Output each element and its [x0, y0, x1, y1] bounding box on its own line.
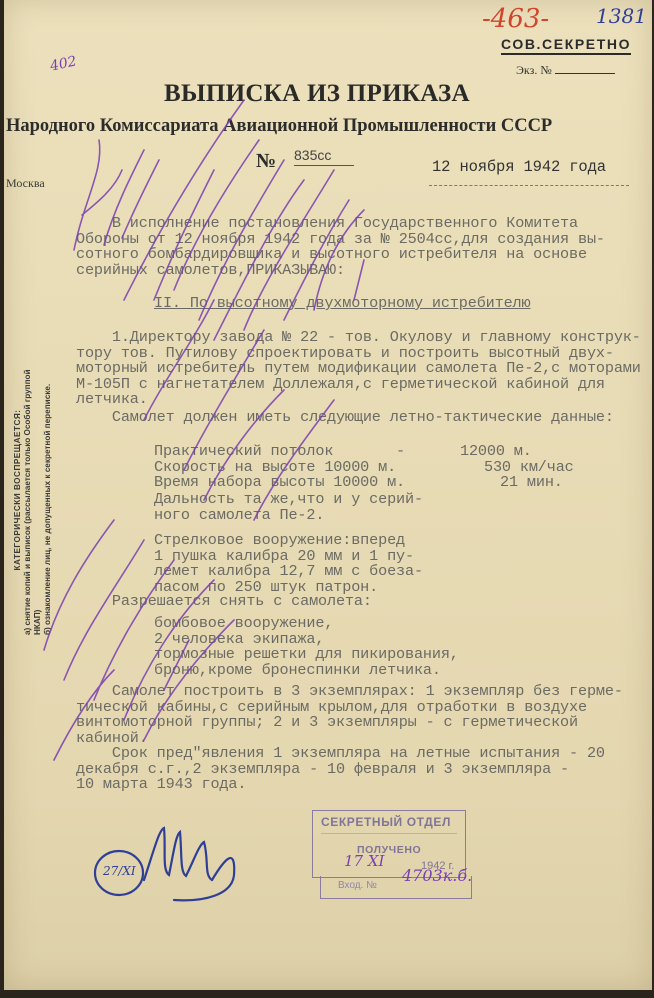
stamp-title: СЕКРЕТНЫЙ ОТДЕЛ — [321, 815, 451, 829]
stamp-received-date: 17 XI — [344, 852, 384, 870]
stamp-divider — [321, 833, 457, 834]
stamp-incoming-number: 4703к.б. — [402, 866, 472, 885]
signature-date: 27/XI — [103, 864, 136, 878]
document-page: -463- 1381 402 СОВ.СЕКРЕТНО Экз. № ВЫПИС… — [4, 0, 652, 990]
stamp-incoming-label: Вход. № — [338, 880, 377, 891]
